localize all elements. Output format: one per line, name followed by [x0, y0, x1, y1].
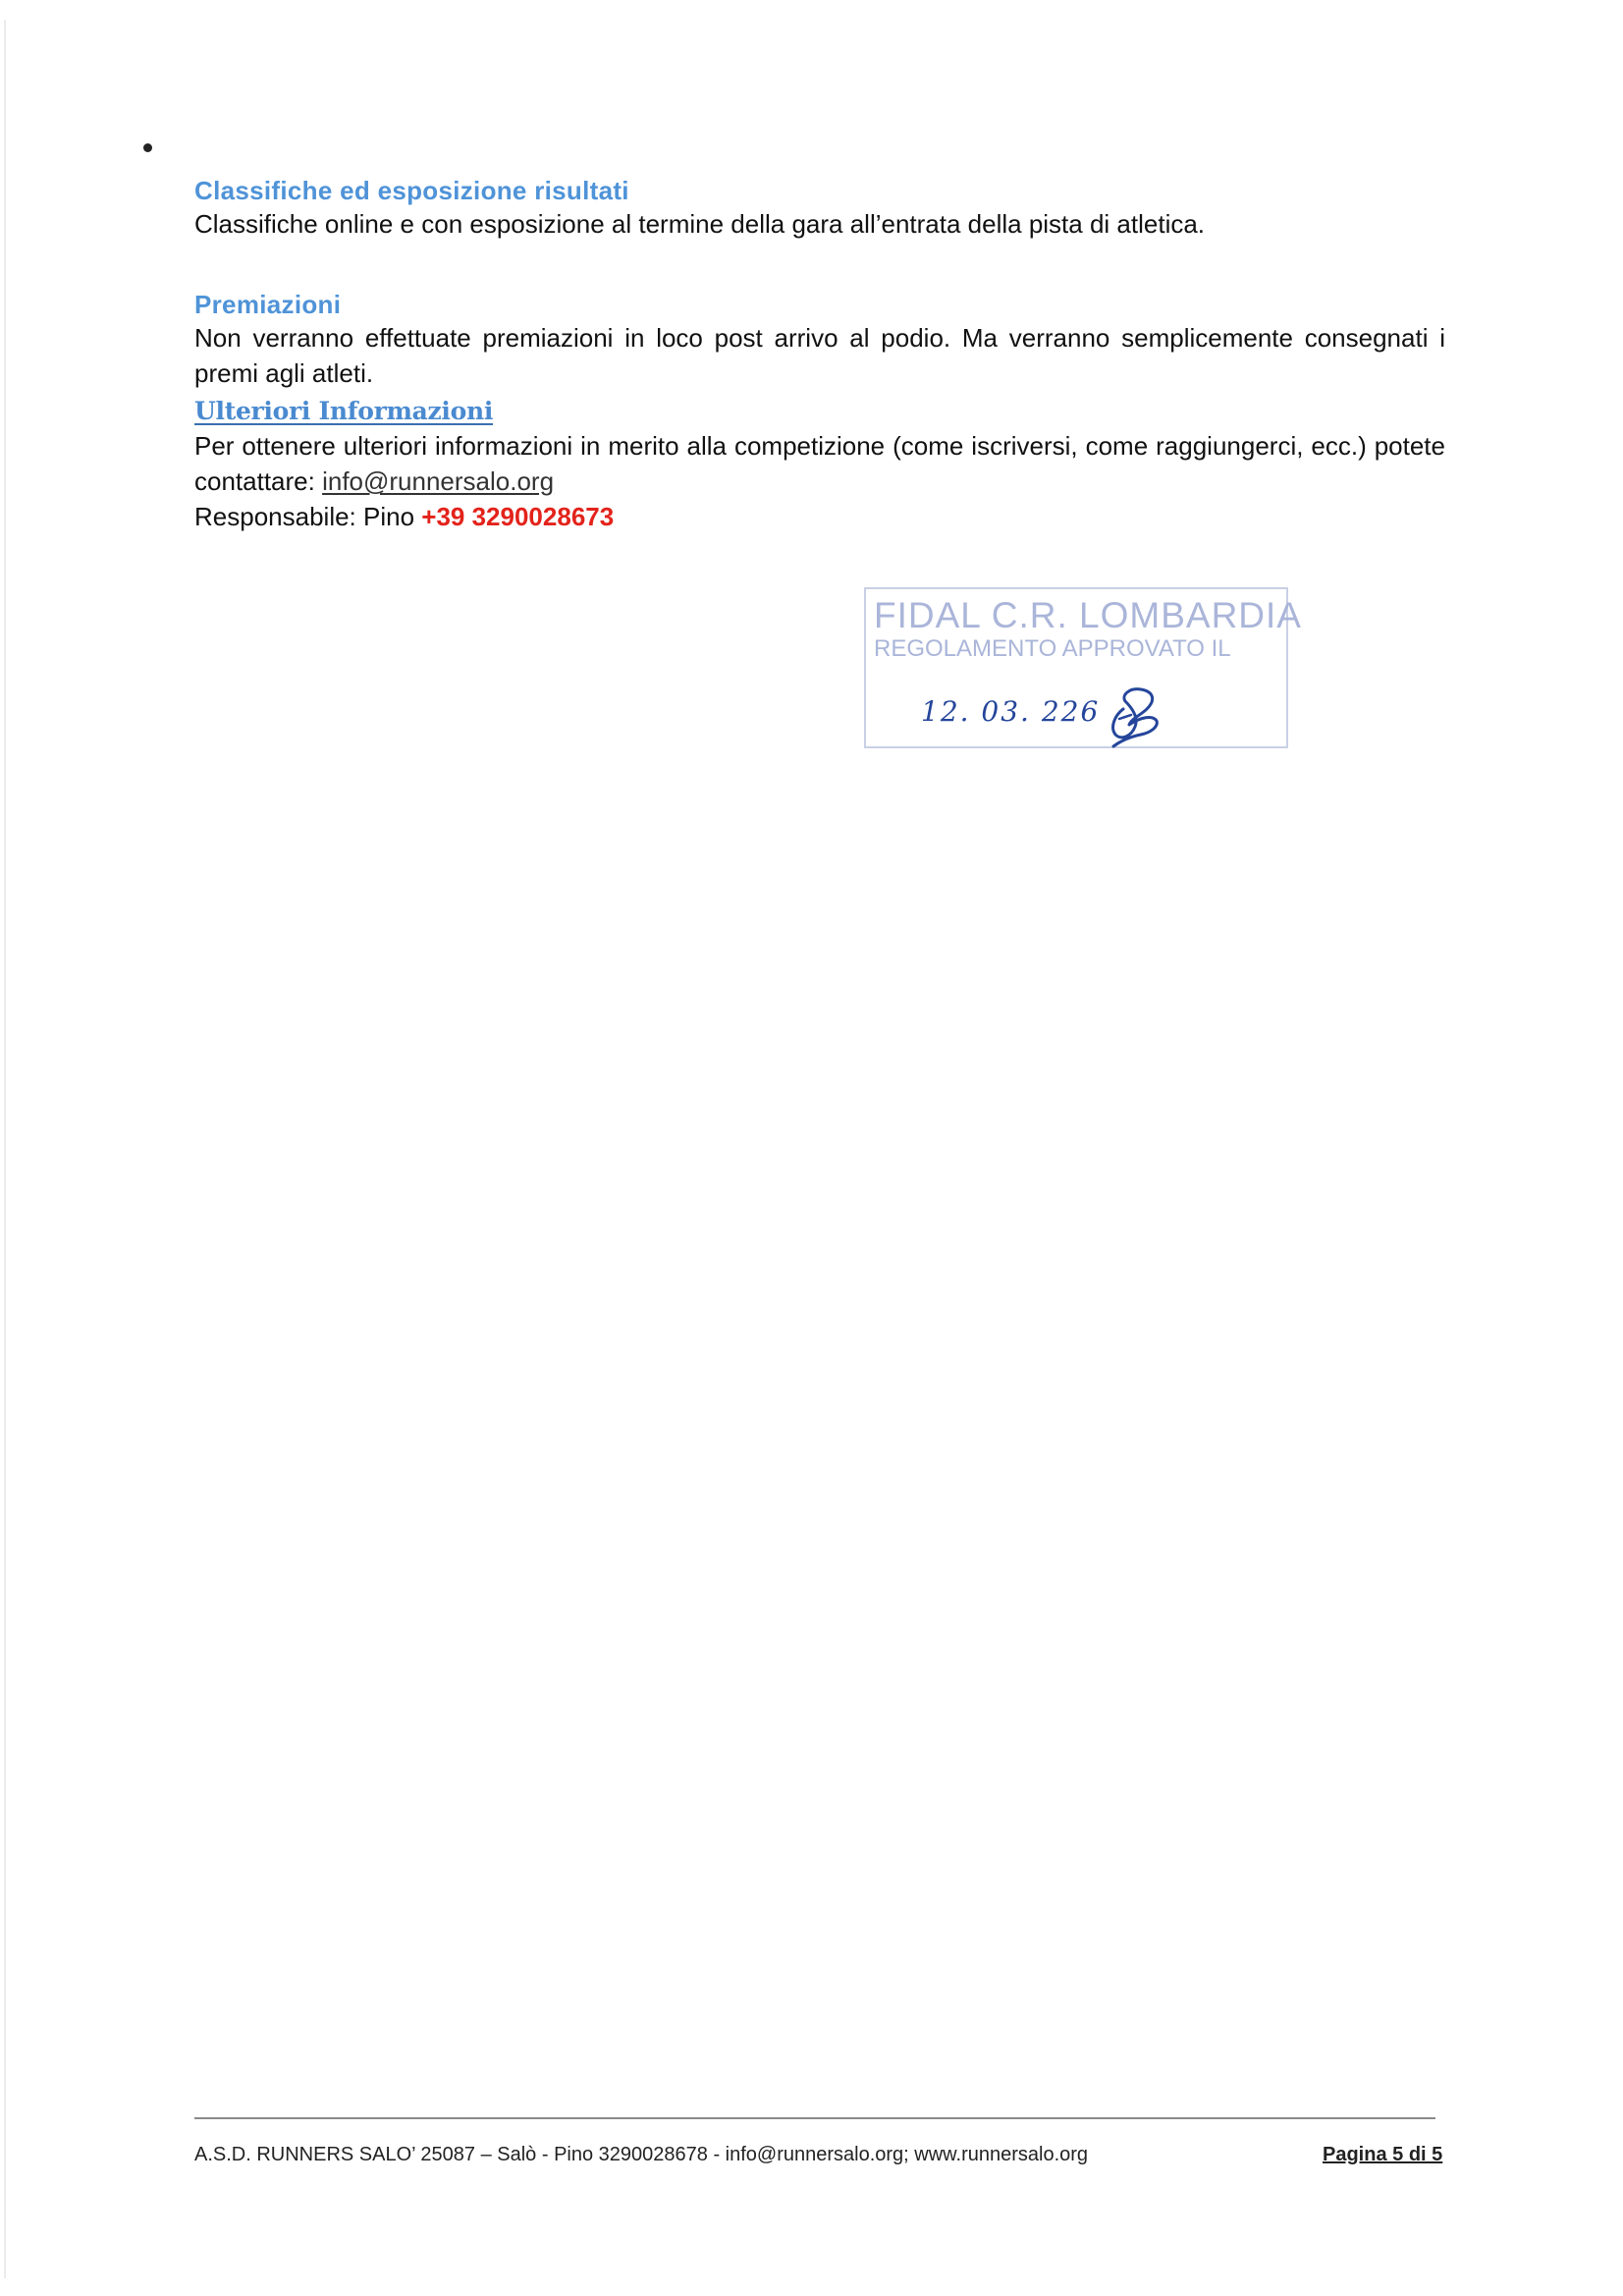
- stamp-caption: REGOLAMENTO APPROVATO IL: [874, 635, 1231, 663]
- page-edge: [4, 20, 6, 2278]
- contact-label: Responsabile: Pino: [194, 502, 421, 531]
- results-heading: Classifiche ed esposizione risultati: [194, 175, 1445, 206]
- signature-icon: [1102, 680, 1170, 750]
- more-info-heading: Ulteriori Informazioni: [194, 395, 493, 428]
- more-info-body: Per ottenere ulteriori informazioni in m…: [194, 428, 1445, 499]
- stamp-org: FIDAL C.R. LOMBARDIA: [874, 595, 1302, 636]
- footer-divider: [194, 2117, 1435, 2119]
- approval-stamp: FIDAL C.R. LOMBARDIA REGOLAMENTO APPROVA…: [864, 587, 1288, 748]
- section-results: Classifiche ed esposizione risultati Cla…: [194, 175, 1445, 242]
- page-number: Pagina 5 di 5: [1323, 2144, 1442, 2166]
- email-link[interactable]: info@runnersalo.org: [322, 466, 554, 496]
- stamp-handwritten-date: 12. 03. 226: [921, 695, 1100, 728]
- document-body: Classifiche ed esposizione risultati Cla…: [194, 175, 1445, 534]
- contact-phone: +39 3290028673: [421, 502, 614, 531]
- footer-info: A.S.D. RUNNERS SALO’ 25087 – Salò - Pino…: [194, 2144, 1088, 2166]
- section-more-info: Ulteriori Informazioni Per ottenere ulte…: [194, 395, 1445, 534]
- awards-body: Non verranno effettuate premiazioni in l…: [194, 320, 1445, 391]
- results-body: Classifiche online e con esposizione al …: [194, 206, 1445, 242]
- section-awards: Premiazioni Non verranno effettuate prem…: [194, 289, 1445, 391]
- awards-heading: Premiazioni: [194, 289, 1445, 320]
- contact-line: Responsabile: Pino +39 3290028673: [194, 499, 1445, 534]
- bullet-point: [143, 143, 152, 152]
